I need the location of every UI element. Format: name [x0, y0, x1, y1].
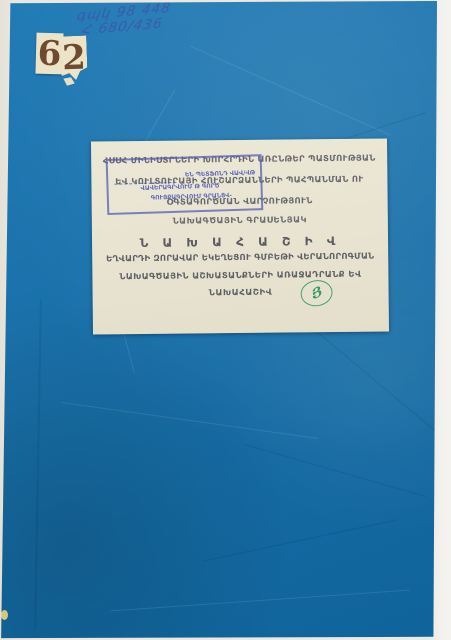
crease-line — [244, 444, 427, 497]
crease-line — [310, 325, 441, 435]
subject-line1: ԵՂՎԱՐԴԻ ԶՈՐԱՎԱՐ ԵԿԵՂԵՑՈՒ ԳՄԲԵԹԻ ՎԵՐԱՆՈՐՈ… — [92, 252, 388, 265]
crease-line — [202, 519, 398, 562]
stamp-text-line3: ԳՈՒՅՔԱԳՐՎՈՒՄ ԳՐԱՆՑՎ- — [151, 192, 232, 202]
subject-line3: ՆԱԽԱՀԱՇԻՎ — [93, 287, 389, 300]
archive-stamp: ԵՆ ՊԵՏՖՈՆԴ ՎԱՎ/ՎԹ ՎԱՎԵՐԱԳՐՎՈՒՄ Թ ԳՈՐԾ ԳՈ… — [106, 154, 264, 215]
crease-line — [189, 45, 390, 135]
title-label: ՀՍՍՀ ՄԻՆԻՍՏՐՆԵՐԻ ԽՈՐՀՐԴԻՆ ԱՌԸՆԹԵՐ ՊԱՏՄՈՒ… — [91, 138, 389, 334]
folder-cover: գպկ 98 448 Հ 680/436 6 2 ՀՍՍՀ ՄԻՆԻՍՏՐՆԵՐ… — [0, 0, 451, 640]
stamp-text-line1: ԵՆ ՊԵՏՖՈՆԴ ՎԱՎ/ՎԹ — [185, 169, 255, 178]
document-title: Ն Ա Խ Ա Հ Ա Շ Ի Վ — [92, 234, 388, 251]
crease-line — [61, 402, 319, 439]
spine-crease — [34, 300, 42, 630]
digit-6-text: 6 — [37, 33, 62, 74]
digit-2-text: 2 — [61, 38, 86, 79]
corner-number-digit-2: 2 — [60, 36, 88, 81]
torn-paper-fragment — [62, 76, 75, 87]
green-ink-circle-mark: Յ — [299, 278, 335, 308]
green-ink-glyph: Յ — [309, 283, 323, 303]
subject-line2: ՆԱԽԱԳԾԱՅԻՆ ԱՇԽԱՏԱՆՔՆԵՐԻ ԱՌԱՋԱԴՐԱՆՔ ԵՎ — [92, 270, 388, 283]
stamp-text-line2: ՎԱՎԵՐԱԳՐՎՈՒՄ Թ ԳՈՐԾ — [140, 182, 219, 191]
crease-line — [110, 590, 409, 612]
office-name-line: ՆԱԽԱԳԾԱՅԻՆ ԳՐԱՍԵՆՅԱԿ — [92, 215, 388, 228]
stain-spot — [1, 610, 8, 620]
corner-number-digit-6: 6 — [35, 33, 63, 75]
